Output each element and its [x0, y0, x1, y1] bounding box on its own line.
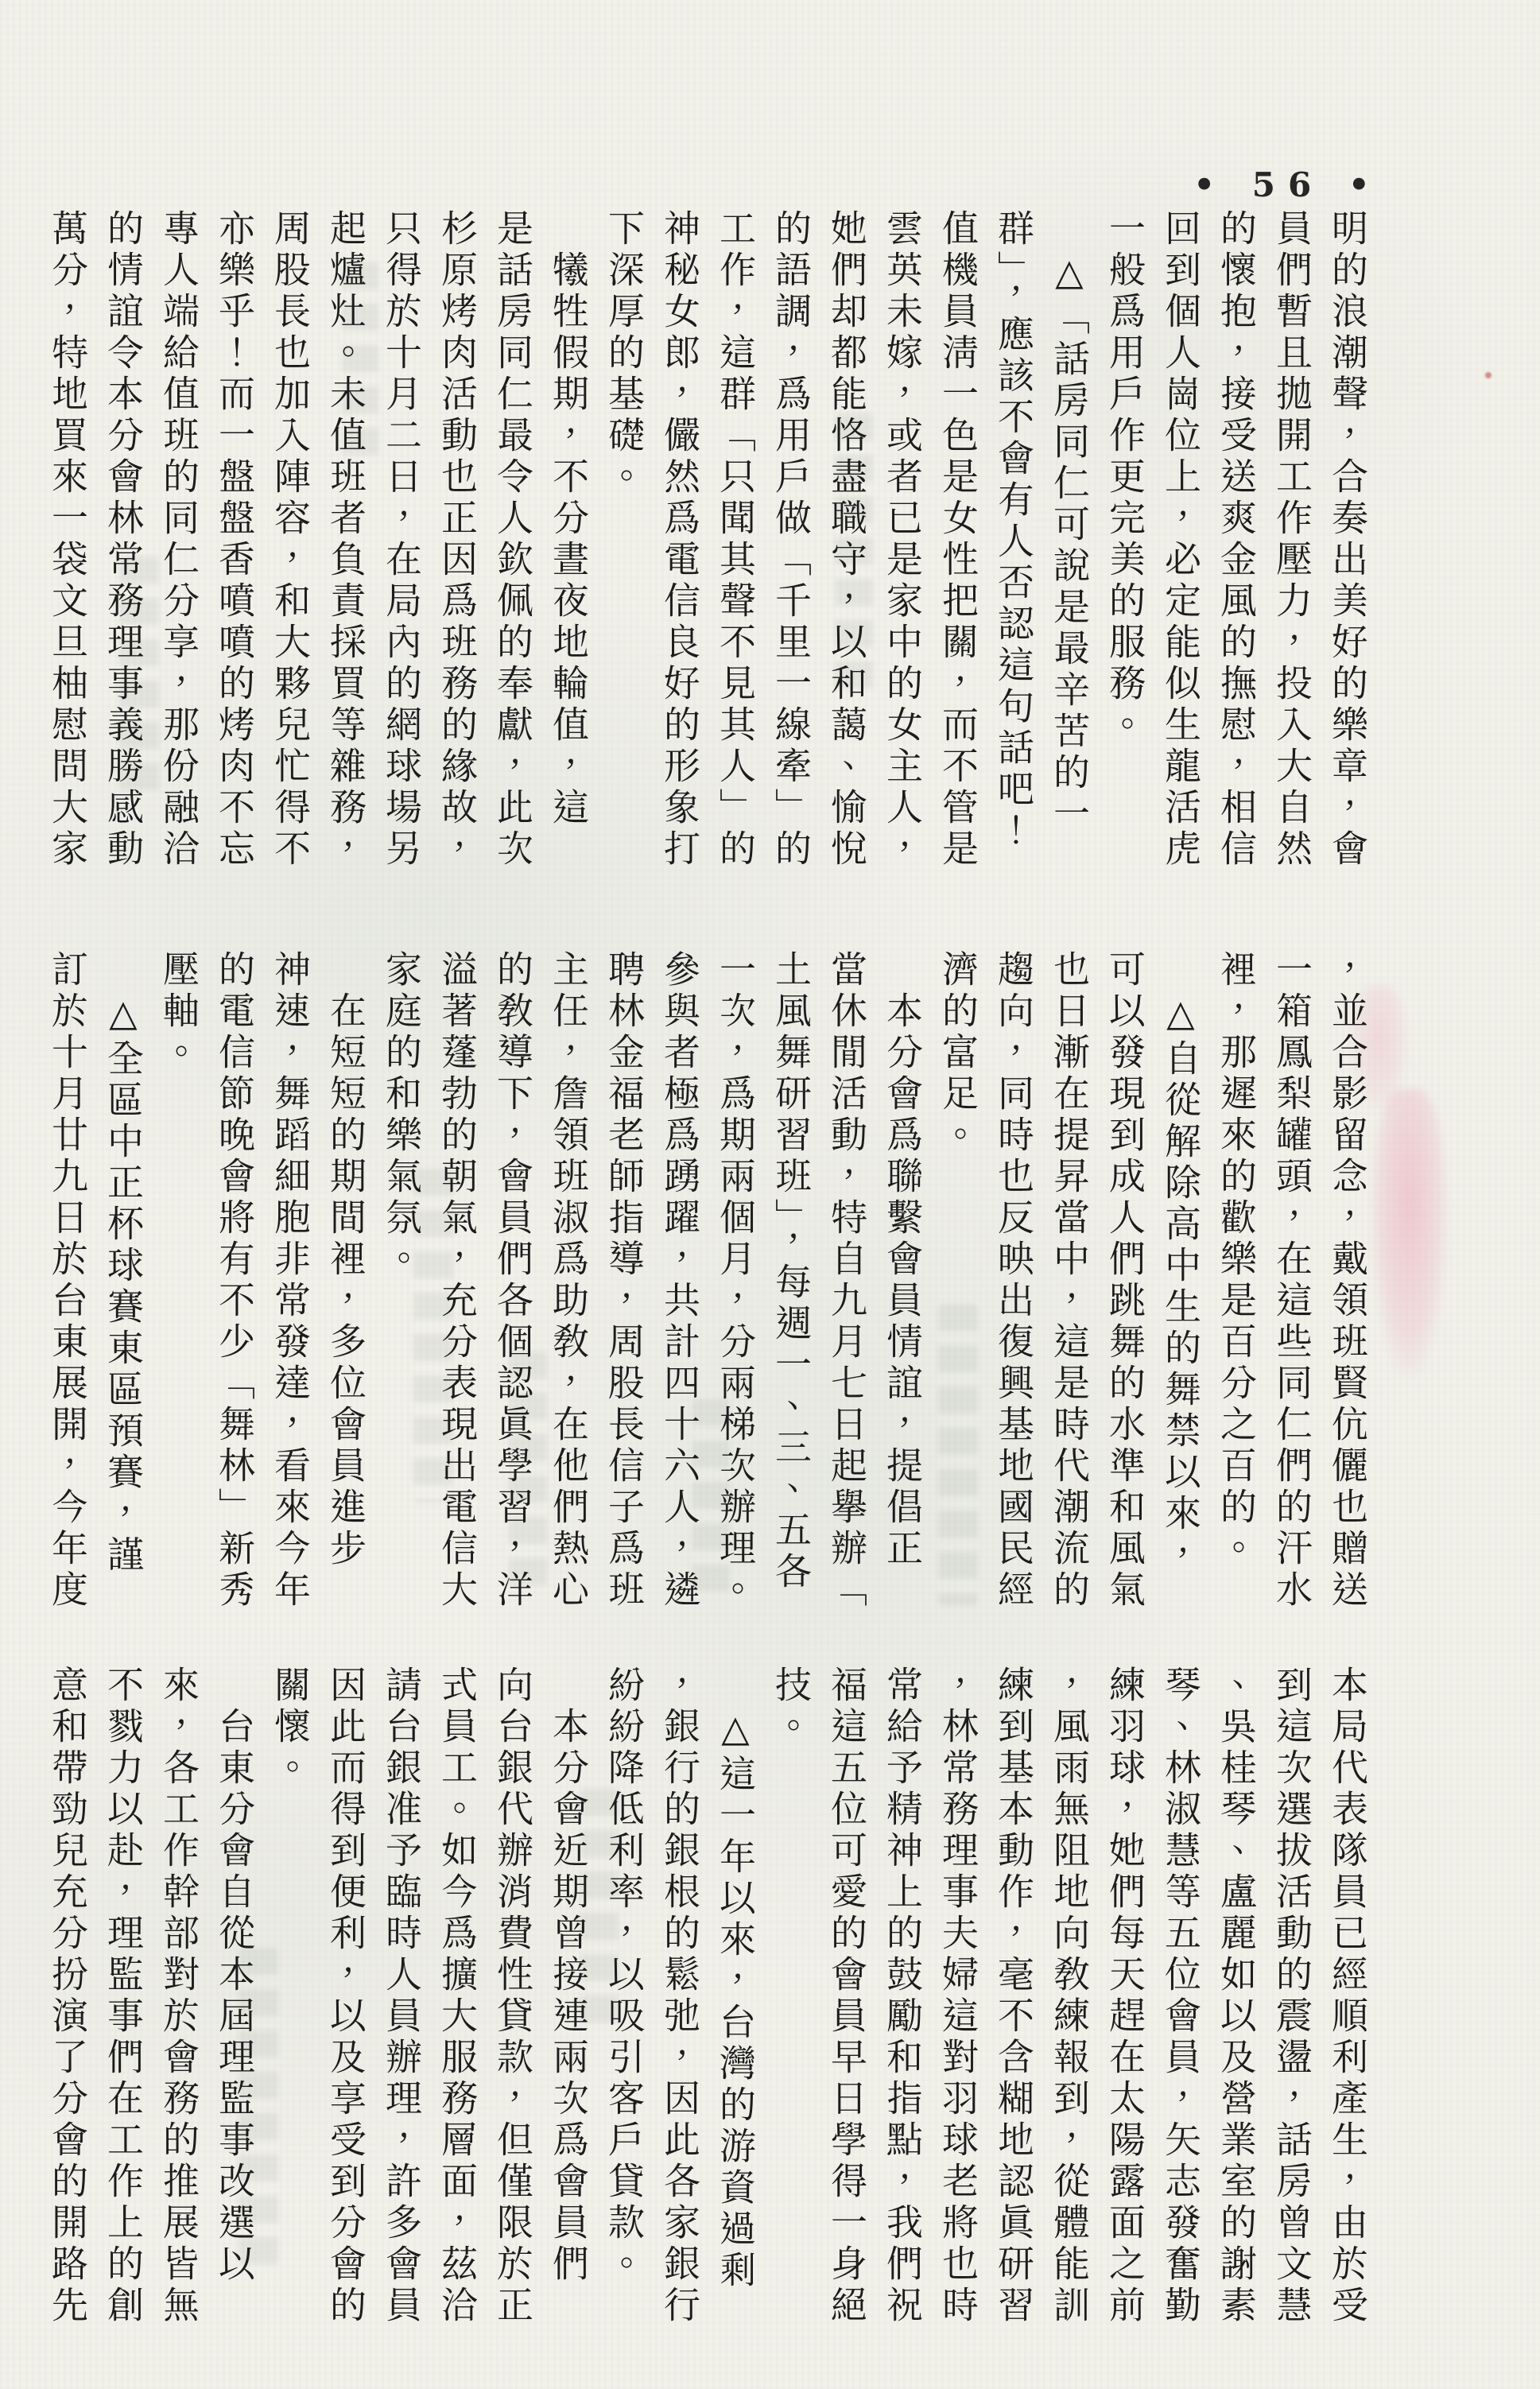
text-column: 聘林金福老師指導，周股長信子爲班 — [596, 950, 652, 1615]
scanned-page: • 56 • 明的浪潮聲，合奏出美好的樂章，會員們暫且拋開工作壓力，投入大自然的… — [0, 0, 1540, 2389]
text-column: 起爐灶。未值班者負責採買等雜務， — [318, 209, 374, 874]
text-column: △自從解除高中生的舞禁以來， — [1153, 950, 1208, 1615]
text-column: 一般爲用戶作更完美的服務。 — [1097, 209, 1153, 874]
text-column: 台東分會自從本屆理監事改選以 — [207, 1666, 262, 2330]
text-column: 訂於十月廿九日於台東展開，今年度 — [40, 950, 95, 1615]
text-column: 、吳桂琴、盧麗如以及營業室的謝素 — [1208, 1666, 1264, 2330]
text-column: 意和帶勁兒充分扮演了分會的開路先 — [40, 1666, 95, 2330]
text-column: 的懷抱，接受送爽金風的撫慰，相信 — [1208, 209, 1264, 874]
text-column: 練到基本動作，毫不含糊地認眞研習 — [986, 1666, 1042, 2330]
text-column: 她們却都能恪盡職守，以和藹、愉悅 — [819, 209, 875, 874]
text-column: 土風舞研習班」，每週一、三、五各 — [763, 950, 819, 1615]
text-column: 不戮力以赴，理監事們在工作上的創 — [95, 1666, 151, 2330]
text-column: 的情誼令本分會林常務理事義勝感動 — [95, 209, 151, 874]
text-column: 技。 — [763, 1666, 819, 2330]
text-column: 在短短的期間裡，多位會員進步 — [318, 950, 374, 1615]
text-column: 練羽球，她們每天趕在太陽露面之前 — [1097, 1666, 1153, 2330]
text-column: 周股長也加入陣容，和大夥兒忙得不 — [262, 209, 318, 874]
text-column: 主任，詹領班淑爲助敎，在他們熱心 — [541, 950, 596, 1615]
text-column: △「話房同仁可說是最辛苦的一 — [1042, 209, 1097, 874]
text-column: 也日漸在提昇當中，這是時代潮流的 — [1042, 950, 1097, 1615]
text-column: 紛紛降低利率，以吸引客戶貸款。 — [596, 1666, 652, 2330]
text-column: 回到個人崗位上，必定能似生龍活虎 — [1153, 209, 1208, 874]
text-column: ，林常務理事夫婦這對羽球老將也時 — [930, 1666, 986, 2330]
text-column: 工作，這群「只聞其聲不見其人」的 — [708, 209, 763, 874]
text-band-3: 本局代表隊員已經順利產生，由於受到這次選拔活動的震盪，話房曾文慧、吳桂琴、盧麗如… — [38, 1666, 1375, 2333]
text-column: 萬分，特地買來一袋文旦柚慰問大家 — [40, 209, 95, 874]
text-column: 裡，那遲來的歡樂是百分之百的。 — [1208, 950, 1264, 1615]
text-column: 趨向，同時也反映出復興基地國民經 — [986, 950, 1042, 1615]
text-column: 群」，應該不會有人否認這句話吧！ — [986, 209, 1042, 874]
text-band-1: 明的浪潮聲，合奏出美好的樂章，會員們暫且拋開工作壓力，投入大自然的懷抱，接受送爽… — [38, 209, 1375, 877]
text-column: 式員工。如今爲擴大服務層面，茲洽 — [429, 1666, 485, 2330]
text-column: ，並合影留念，戴領班賢伉儷也贈送 — [1320, 950, 1375, 1615]
text-column: 可以發現到成人們跳舞的水準和風氣 — [1097, 950, 1153, 1615]
text-column: 琴、林淑慧等五位會員，矢志發奮勤 — [1153, 1666, 1208, 2330]
text-column: ，銀行的銀根的鬆弛，因此各家銀行 — [652, 1666, 708, 2330]
text-column: 當休閒活動，特自九月七日起擧辦「 — [819, 950, 875, 1615]
text-column: 本局代表隊員已經順利產生，由於受 — [1320, 1666, 1375, 2330]
text-column: 明的浪潮聲，合奏出美好的樂章，會 — [1320, 209, 1375, 874]
text-column: 亦樂乎！而一盤盤香噴噴的烤肉不忘 — [207, 209, 262, 874]
text-column: 犧牲假期，不分晝夜地輪值，這 — [541, 209, 596, 874]
page-number: • 56 • — [1193, 165, 1383, 204]
text-column: 的電信節晚會將有不少「舞林」新秀 — [207, 950, 262, 1615]
text-column: 值機員淸一色是女性把關，而不管是 — [930, 209, 986, 874]
text-column: 只得於十月二日，在局內的網球場另 — [374, 209, 429, 874]
text-column: 的語調，爲用戶做「千里一線牽」的 — [763, 209, 819, 874]
text-column: 是話房同仁最令人欽佩的奉獻，此次 — [485, 209, 541, 874]
text-column: 神速，舞蹈細胞非常發達，看來今年 — [262, 950, 318, 1615]
text-column: 的敎導下，會員們各個認眞學習，洋 — [485, 950, 541, 1615]
text-column: 到這次選拔活動的震盪，話房曾文慧 — [1264, 1666, 1320, 2330]
text-column: 下深厚的基礎。 — [596, 209, 652, 874]
text-column: 溢著蓬勃的朝氣，充分表現出電信大 — [429, 950, 485, 1615]
text-column: 本分會爲聯繫會員情誼，提倡正 — [875, 950, 930, 1615]
ink-smudge — [1371, 1089, 1447, 1375]
text-column: 常給予精神上的鼓勵和指點，我們祝 — [875, 1666, 930, 2330]
text-column: 向台銀代辦消費性貸款，但僅限於正 — [485, 1666, 541, 2330]
text-column: △全區中正杯球賽東區預賽，謹 — [95, 950, 151, 1615]
text-column: 關懷。 — [262, 1666, 318, 2330]
text-column: ，風雨無阻地向敎練報到，從體能訓 — [1042, 1666, 1097, 2330]
text-column: 一次，爲期兩個月，分兩梯次辦理。 — [708, 950, 763, 1615]
text-column: 家庭的和樂氣氛。 — [374, 950, 429, 1615]
text-column: 濟的富足。 — [930, 950, 986, 1615]
text-column: 參與者極爲踴躍，共計四十六人，遴 — [652, 950, 708, 1615]
text-column: 壓軸。 — [151, 950, 207, 1615]
text-column: 員們暫且拋開工作壓力，投入大自然 — [1264, 209, 1320, 874]
text-column: △這一年以來，台灣的游資過剩 — [708, 1666, 763, 2330]
text-column: 杉原烤肉活動也正因爲班務的緣故， — [429, 209, 485, 874]
text-band-2: ，並合影留念，戴領班賢伉儷也贈送一箱鳳梨罐頭，在這些同仁們的汗水裡，那遲來的歡樂… — [38, 950, 1375, 1618]
text-column: 神秘女郎，儼然爲電信良好的形象打 — [652, 209, 708, 874]
text-column: 請台銀准予臨時人員辦理，許多會員 — [374, 1666, 429, 2330]
text-column: 雲英未嫁，或者已是家中的女主人， — [875, 209, 930, 874]
text-column: 來，各工作幹部對於會務的推展皆無 — [151, 1666, 207, 2330]
text-column: 福這五位可愛的會員早日學得一身絕 — [819, 1666, 875, 2330]
text-column: 本分會近期曾接連兩次爲會員們 — [541, 1666, 596, 2330]
ink-speck — [1485, 372, 1492, 378]
text-column: 一箱鳳梨罐頭，在這些同仁們的汗水 — [1264, 950, 1320, 1615]
text-column: 因此而得到便利，以及享受到分會的 — [318, 1666, 374, 2330]
text-column: 專人端給值班的同仁分享，那份融洽 — [151, 209, 207, 874]
